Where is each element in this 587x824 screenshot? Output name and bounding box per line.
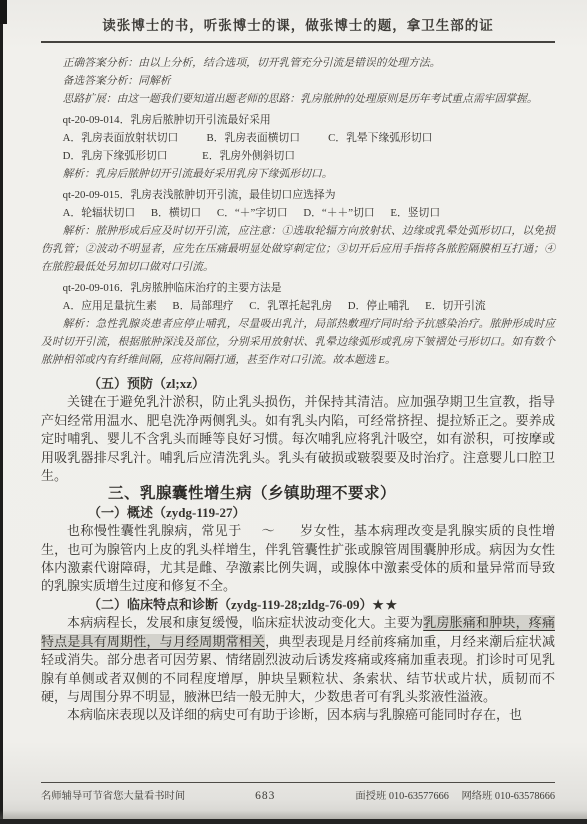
prevention-paragraph: 关键在于避免乳汁淤积，防止乳头损伤，并保持其清洁。应加强孕期卫生宣教，指导产妇经…	[41, 393, 555, 485]
diagnosis-paragraph: 本病临床表现以及详细的病史可有助于诊断，因本病与乳腺癌可能同时存在，也	[41, 706, 555, 724]
question-014-options-row-2: D．乳房下缘弧形切口 E．乳房外侧斜切口	[41, 147, 555, 165]
study-text-block: （五）预防（zl;xz） 关键在于避免乳汁淤积，防止乳头损伤，并保持其清洁。应加…	[41, 375, 555, 725]
question-016-analysis: 解析：急性乳腺炎患者应停止哺乳，尽量吸出乳汁，局部热敷理疗同时给予抗感染治疗。脓…	[41, 315, 555, 369]
option-b: B．局部理疗	[172, 297, 233, 315]
option-b: B．乳房表面横切口	[206, 129, 300, 147]
option-b: B．横切口	[151, 204, 201, 222]
question-015-analysis: 解析：脓肿形成后应及时切开引流，应注意：①选取轮辐方向放射状、边缘或乳晕处弧形切…	[41, 222, 555, 276]
alternative-answer-analysis: 备选答案分析：同解析	[41, 72, 555, 90]
option-d: D．“＋＋”切口	[303, 204, 374, 222]
option-d: D．乳房下缘弧形切口	[63, 147, 168, 165]
overview-text-pre: 也称慢性囊性乳腺病，常见于	[67, 523, 242, 538]
clinical-paragraph: 本病病程长，发展和康复缓慢，临床症状波动变化大。主要为乳房胀痛和肿块，疼痛特点是…	[41, 614, 555, 706]
overview-heading: （一）概述（zydg-119-27）	[41, 504, 555, 522]
question-016-id-line: qt-20-09-016．乳房脓肿临床治疗的主要方法是	[41, 279, 555, 297]
header-rule	[41, 41, 555, 43]
question-016-options-row: A．应用足量抗生素 B．局部理疗 C．乳罩托起乳房 D．停止哺乳 E．切开引流	[41, 297, 555, 315]
thought-expansion: 思路扩展：由这一题我们要知道出题老师的思路：乳房脓肿的处理原则是历年考试重点需牢…	[41, 90, 555, 108]
footer-left-slogan: 名师辅导可节省您大量看书时间	[41, 787, 255, 802]
prevention-heading: （五）预防（zl;xz）	[41, 375, 555, 393]
scan-shadow-bottom	[0, 810, 587, 819]
footer-contact-info: 面授班 010-63577666 网络班 010-63578666	[345, 787, 555, 802]
option-c: C．“＋”字切口	[217, 204, 288, 222]
correct-answer-analysis: 正确答案分析：由以上分析，结合选项，切开乳管充分引流是错误的处理方法。	[41, 54, 555, 72]
section-title: 三、乳腺囊性增生病（乡镇助理不要求）	[41, 485, 555, 503]
option-e: E．切开引流	[425, 297, 486, 315]
question-015-id-line: qt-20-09-015．乳房表浅脓肿切开引流，最佳切口应选择为	[41, 186, 555, 204]
page-content: 读张博士的书，听张博士的课，做张博士的题，拿卫生部的证 正确答案分析：由以上分析…	[41, 14, 555, 725]
clinical-heading: （二）临床特点和诊断（zydg-119-28;zldg-76-09）★★	[41, 596, 555, 614]
option-a: A．乳房表面放射状切口	[63, 129, 179, 147]
option-a: A．应用足量抗生素	[63, 297, 157, 315]
overview-paragraph: 也称慢性囊性乳腺病，常见于～岁女性，基本病理改变是乳腺实质的良性增生，也可为腺管…	[41, 522, 555, 596]
footer-phone-online: 网络班 010-63578666	[461, 791, 555, 802]
scan-corner-mark	[0, 0, 7, 24]
scan-edge-bottom	[0, 819, 587, 824]
question-014-id-line: qt-20-09-014．乳房后脓肿切开引流最好采用	[41, 111, 555, 129]
question-014-options-row-1: A．乳房表面放射状切口 B．乳房表面横切口 C．乳晕下缘弧形切口	[41, 129, 555, 147]
option-c: C．乳晕下缘弧形切口	[328, 129, 432, 147]
importance-stars: ★★	[373, 598, 399, 612]
clinical-heading-text: （二）临床特点和诊断（zydg-119-28;zldg-76-09）	[88, 597, 373, 612]
header-slogan: 读张博士的书，听张博士的课，做张博士的题，拿卫生部的证	[41, 14, 555, 34]
option-e: E．竖切口	[390, 204, 440, 222]
option-c: C．乳罩托起乳房	[249, 297, 332, 315]
question-014-analysis: 解析：乳房后脓肿切开引流最好采用乳房下缘弧形切口。	[41, 165, 555, 183]
clinical-text-pre: 本病病程长，发展和康复缓慢，临床症状波动变化大。主要为	[67, 615, 423, 630]
question-015-options-row: A．轮辐状切口 B．横切口 C．“＋”字切口 D．“＋＋”切口 E．竖切口	[41, 204, 555, 222]
option-e: E．乳房外侧斜切口	[202, 147, 295, 165]
footer-phone-classroom: 面授班 010-63577666	[355, 791, 449, 802]
qa-small-print-block: 正确答案分析：由以上分析，结合选项，切开乳管充分引流是错误的处理方法。 备选答案…	[41, 54, 555, 369]
option-d: D．停止哺乳	[348, 297, 410, 315]
footer-rule	[41, 782, 555, 783]
age-range-tilde: ～	[261, 523, 275, 538]
page-footer: 名师辅导可节省您大量看书时间 683 面授班 010-63577666 网络班 …	[41, 782, 555, 802]
scan-edge-left	[0, 0, 3, 824]
option-a: A．轮辐状切口	[63, 204, 136, 222]
scanned-book-page: 读张博士的书，听张博士的课，做张博士的题，拿卫生部的证 正确答案分析：由以上分析…	[0, 0, 587, 824]
page-number: 683	[255, 790, 275, 802]
